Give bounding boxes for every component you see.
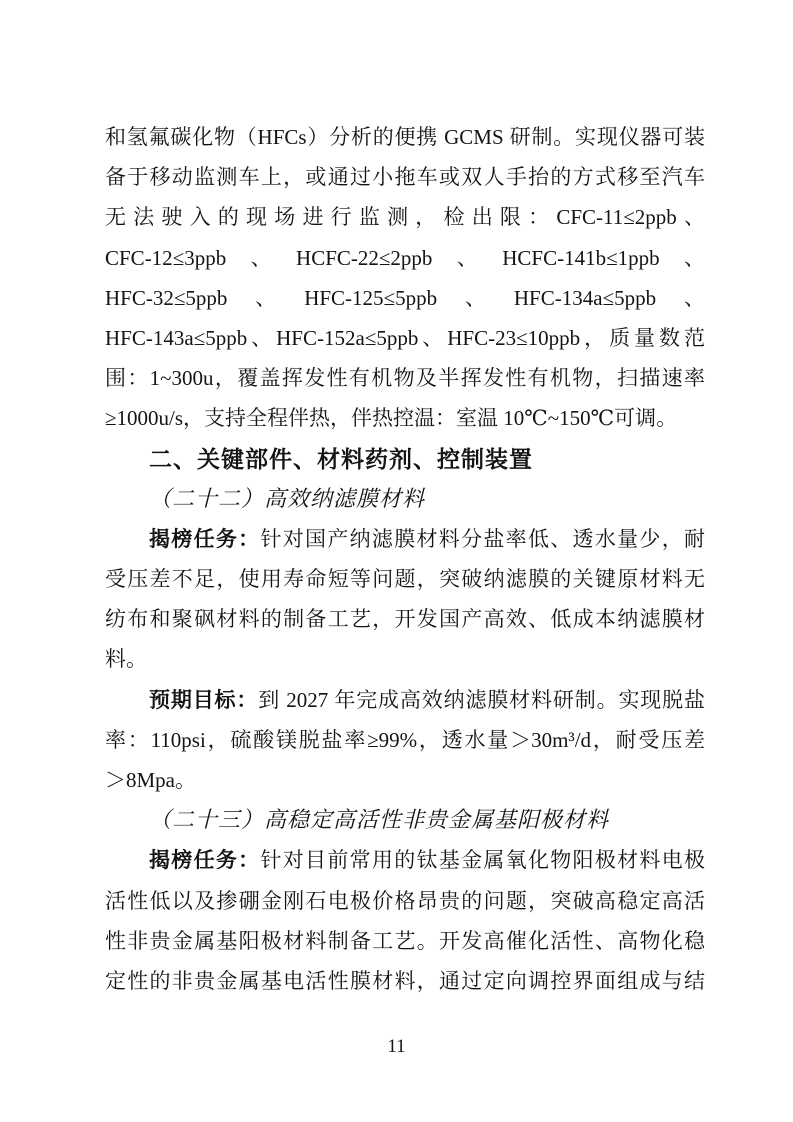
- paragraph-line: 揭榜任务：针对国产纳滤膜材料分盐率低、透水量少，耐: [105, 519, 705, 559]
- paragraph-line: CFC-12≤3ppb、HCFC-22≤2ppb、HCFC-141b≤1ppb、: [105, 238, 705, 278]
- paragraph-line: 备于移动监测车上，或通过小拖车或双人手抬的方式移至汽车: [105, 157, 705, 197]
- document-page: 和氢氟碳化物（HFCs）分析的便携 GCMS 研制。实现仪器可装 备于移动监测车…: [0, 0, 793, 1122]
- goal-label: 预期目标：: [149, 688, 258, 712]
- paragraph-line: ≥1000u/s，支持全程伴热，伴热控温：室温 10℃~150℃可调。: [105, 398, 705, 438]
- paragraph-line: ＞8Mpa。: [105, 760, 705, 800]
- task-label: 揭榜任务：: [149, 527, 260, 551]
- paragraph-line: HFC-143a≤5ppb、HFC-152a≤5ppb、HFC-23≤10ppb…: [105, 318, 705, 358]
- section-heading: 二、关键部件、材料药剂、控制装置: [105, 439, 705, 479]
- paragraph-text: 到 2027 年完成高效纳滤膜材料研制。实现脱盐: [258, 688, 705, 712]
- paragraph-line: 率：110psi，硫酸镁脱盐率≥99%，透水量＞30m³/d，耐受压差: [105, 720, 705, 760]
- paragraph-text: 针对目前常用的钛基金属氧化物阳极材料电极: [260, 848, 705, 872]
- subsection-title: （二十二）高效纳滤膜材料: [105, 479, 705, 519]
- paragraph-line: 受压差不足，使用寿命短等问题，突破纳滤膜的关键原材料无: [105, 559, 705, 599]
- paragraph-line: 揭榜任务：针对目前常用的钛基金属氧化物阳极材料电极: [105, 840, 705, 880]
- paragraph-line: 纺布和聚砜材料的制备工艺，开发国产高效、低成本纳滤膜材: [105, 599, 705, 639]
- paragraph-line: 围：1~300u，覆盖挥发性有机物及半挥发性有机物，扫描速率: [105, 358, 705, 398]
- paragraph-line: 和氢氟碳化物（HFCs）分析的便携 GCMS 研制。实现仪器可装: [105, 117, 705, 157]
- paragraph-line: 定性的非贵金属基电活性膜材料，通过定向调控界面组成与结: [105, 961, 705, 1001]
- paragraph-line: 预期目标：到 2027 年完成高效纳滤膜材料研制。实现脱盐: [105, 680, 705, 720]
- paragraph-line: 料。: [105, 639, 705, 679]
- subsection-title: （二十三）高稳定高活性非贵金属基阳极材料: [105, 800, 705, 840]
- document-content: 和氢氟碳化物（HFCs）分析的便携 GCMS 研制。实现仪器可装 备于移动监测车…: [105, 117, 705, 1001]
- page-number: 11: [0, 1036, 793, 1058]
- paragraph-line: HFC-32≤5ppb、HFC-125≤5ppb、HFC-134a≤5ppb、: [105, 278, 705, 318]
- paragraph-text: 针对国产纳滤膜材料分盐率低、透水量少，耐: [260, 527, 705, 551]
- paragraph-line: 性非贵金属基阳极材料制备工艺。开发高催化活性、高物化稳: [105, 921, 705, 961]
- task-label: 揭榜任务：: [149, 848, 260, 872]
- paragraph-line: 活性低以及掺硼金刚石电极价格昂贵的问题，突破高稳定高活: [105, 881, 705, 921]
- paragraph-line: 无法驶入的现场进行监测，检出限：CFC-11≤2ppb、: [105, 197, 705, 237]
